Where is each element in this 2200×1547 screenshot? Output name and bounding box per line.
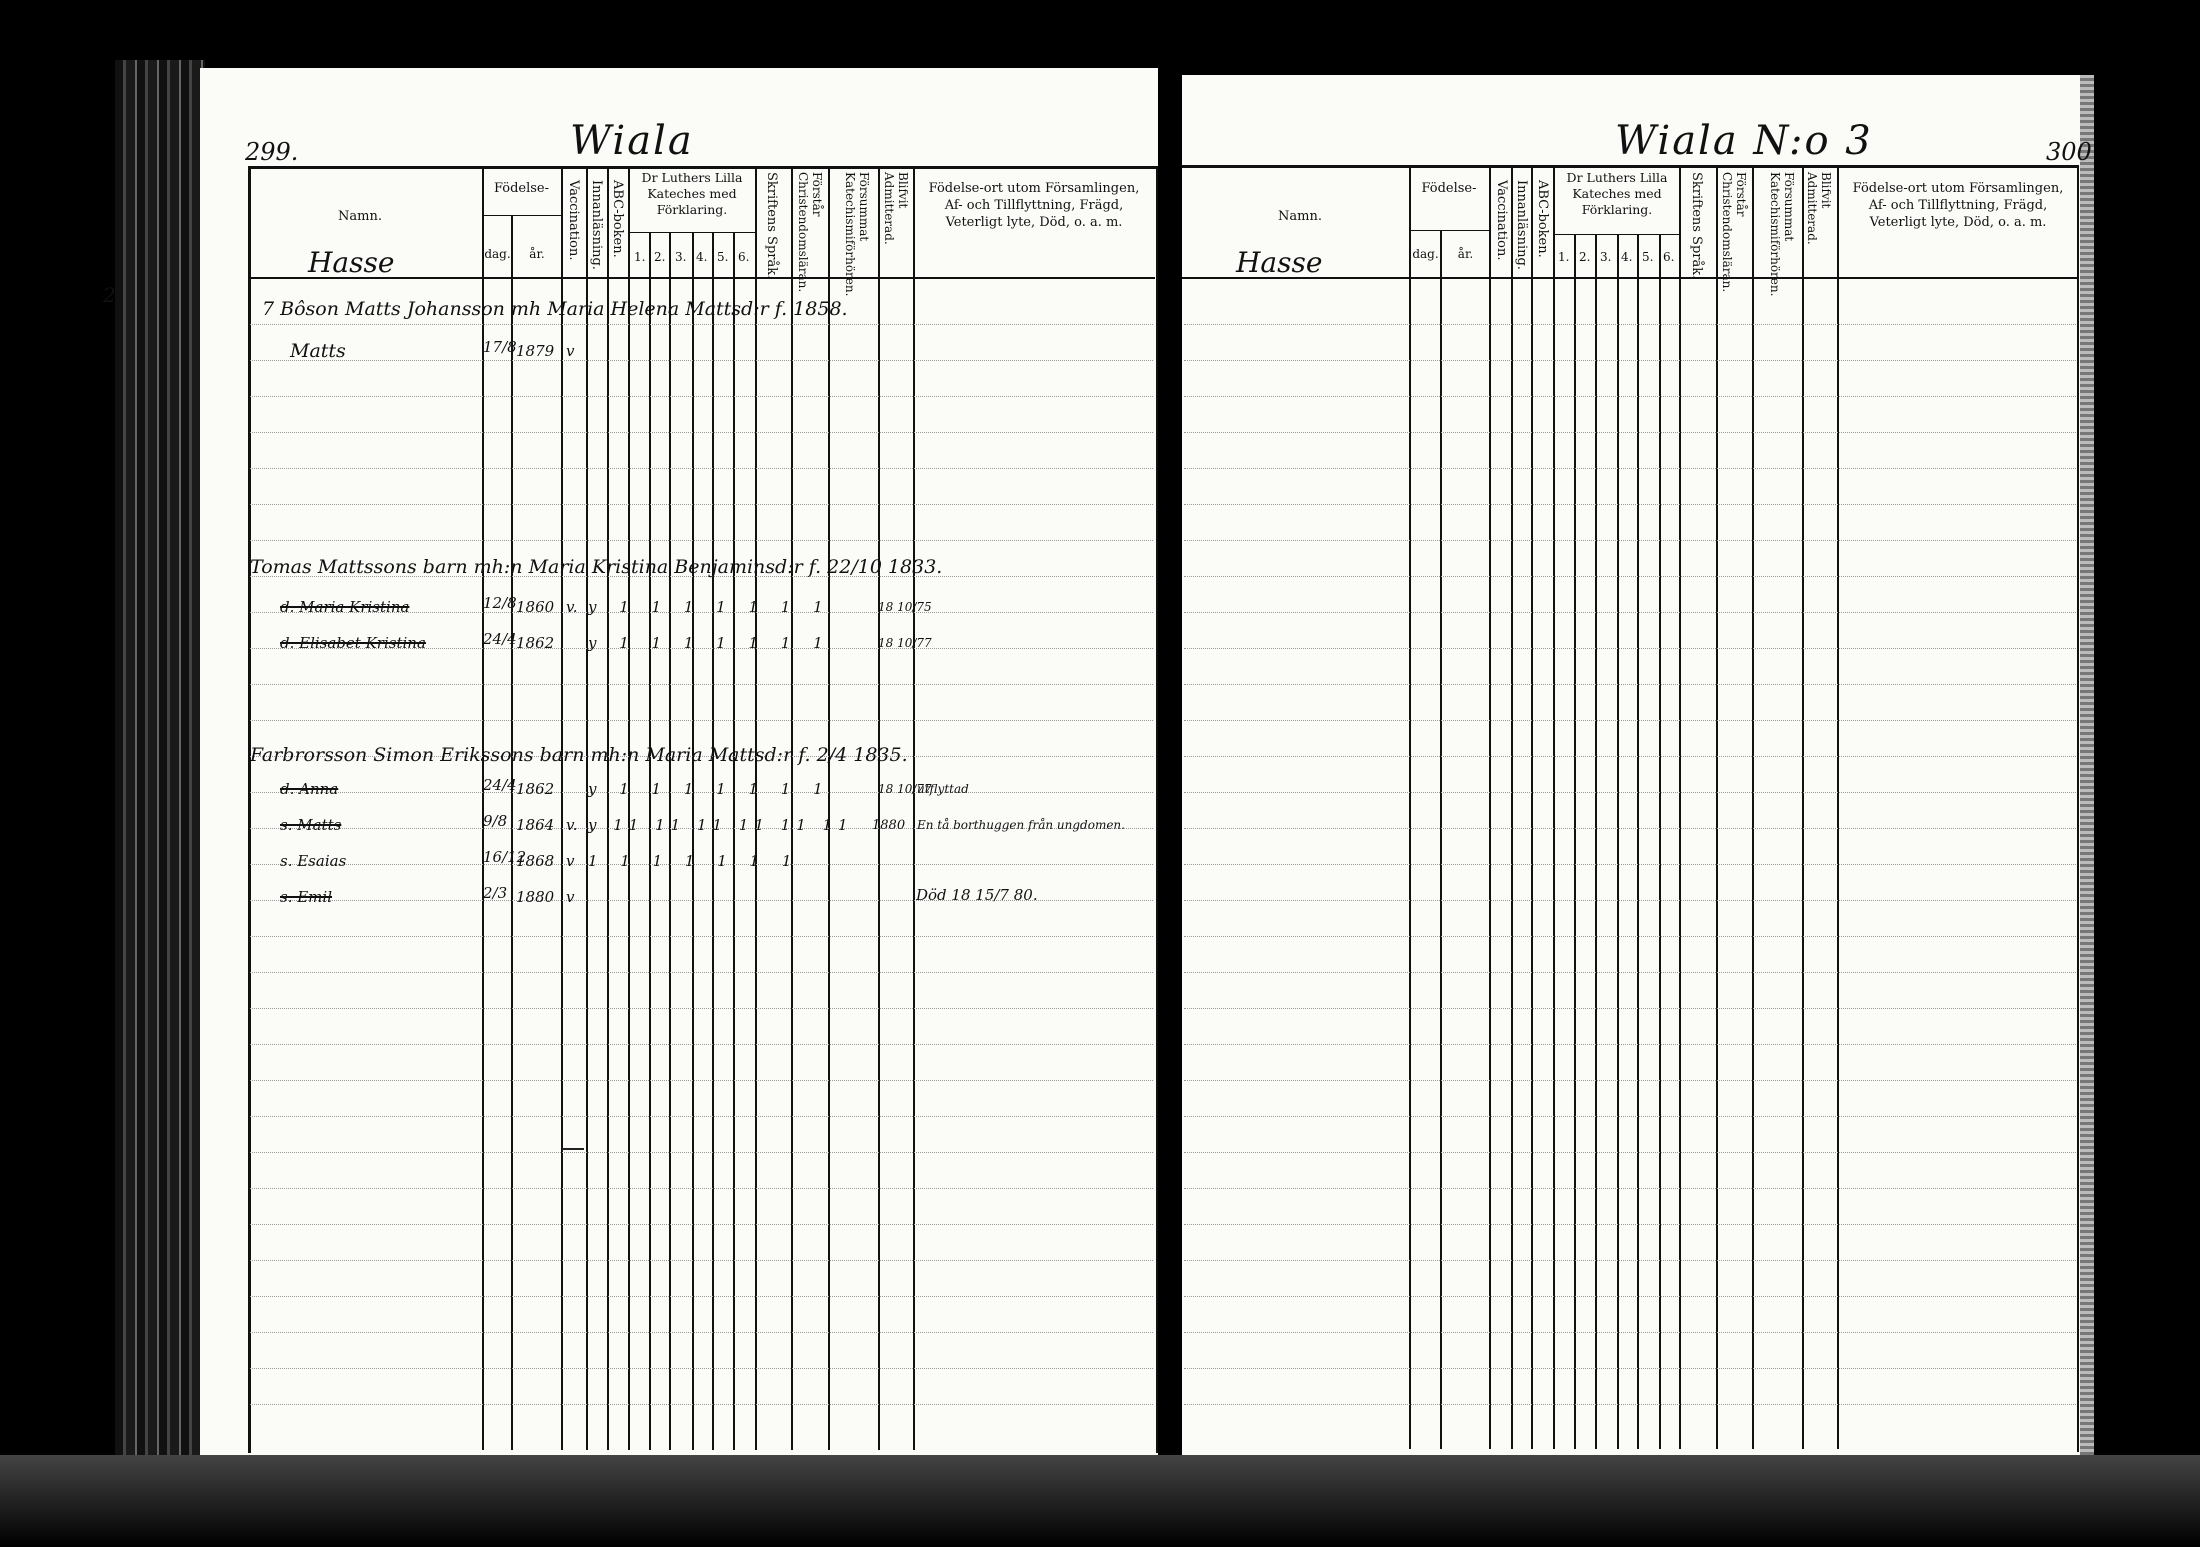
header-ar: år. xyxy=(1442,246,1489,263)
col-line xyxy=(1659,234,1661,1449)
col-line xyxy=(1409,166,1411,1449)
luther-col-5: 5. xyxy=(1642,250,1653,264)
member-dag: 24/4 xyxy=(483,630,517,648)
section-label-hasse: Hasse xyxy=(1236,246,1322,279)
member-marks: y 1 1 1 1 1 1 1 xyxy=(588,780,832,798)
header-ar: år. xyxy=(513,246,561,263)
col-line xyxy=(669,232,671,1450)
luther-col-3: 3. xyxy=(1600,250,1611,264)
header-vaccination: Vaccination. xyxy=(1494,180,1508,261)
col-line xyxy=(1553,166,1555,1449)
header-fodelse: Födelse- xyxy=(482,180,561,197)
member-vaccination: v xyxy=(566,888,574,906)
col-line xyxy=(1637,234,1639,1449)
col-line xyxy=(1837,166,1839,1449)
col-line xyxy=(1511,166,1513,1449)
member-dag: 2/3 xyxy=(483,884,507,902)
sub-rule xyxy=(1553,234,1679,235)
section-label-hasse: Hasse xyxy=(308,246,394,279)
scan-bottom-shadow xyxy=(0,1455,2200,1547)
member-vaccination: v. xyxy=(566,598,577,616)
member-vaccination: v. xyxy=(566,816,577,834)
member-dag: 24/4 xyxy=(483,776,517,794)
header-namn: Namn. xyxy=(1240,208,1360,225)
member-marks: 1 1 1 1 1 1 1 xyxy=(588,852,800,870)
header-forsummat: Försummat Katechismiförhören. xyxy=(1758,172,1796,272)
right-folio-number: 300 xyxy=(2046,138,2092,166)
left-folio-number: 299. xyxy=(245,138,298,166)
header-dag: dag. xyxy=(484,246,511,263)
member-admitterad: 18 10/77 xyxy=(878,636,932,650)
member-name: d. Elisabet Kristina xyxy=(280,634,426,652)
header-abc-boken: ABC-boken. xyxy=(1535,180,1549,258)
member-vaccination: v xyxy=(566,852,574,870)
col-line xyxy=(1716,166,1718,1449)
member-marks: y 11 11 11 11 11 11 xyxy=(588,816,854,834)
member-name: d. Anna xyxy=(280,780,338,798)
col-line xyxy=(1489,166,1491,1449)
col-line xyxy=(1574,234,1576,1449)
book-gutter xyxy=(1158,40,1182,1520)
sub-rule xyxy=(628,232,755,233)
header-forstar: Förstår Christendomsläran. xyxy=(1720,172,1748,272)
left-parish-heading: Wiala xyxy=(570,118,694,164)
sub-rule xyxy=(482,215,561,216)
member-admitterad: 1880 xyxy=(872,818,905,833)
member-ar: 1880 xyxy=(516,888,554,906)
member-dag: 12/8 xyxy=(483,594,517,612)
luther-col-2: 2. xyxy=(1579,250,1590,264)
col-line xyxy=(649,232,651,1450)
col-line xyxy=(692,232,694,1450)
member-ar: 1862 xyxy=(516,634,554,652)
member-marks: y 1 1 1 1 1 1 1 xyxy=(588,634,832,652)
ink-mark xyxy=(562,1148,584,1150)
right-register-table xyxy=(1182,165,2079,1452)
header-namn: Namn. xyxy=(300,208,420,225)
book-edge-right xyxy=(2080,75,2094,1475)
member-admitterad: 18 10/75 xyxy=(878,600,932,614)
col-line xyxy=(1440,230,1442,1449)
luther-col-2: 2. xyxy=(654,250,665,264)
header-blifvit-admitterad: Blifvit Admitterad. xyxy=(884,172,910,272)
member-name: s. Emil xyxy=(280,888,332,906)
header-vaccination: Vaccination. xyxy=(566,180,580,261)
member-ar: 1862 xyxy=(516,780,554,798)
household-line: Farbrorsson Simon Erikssons barn mh:n Ma… xyxy=(250,744,908,766)
col-line xyxy=(511,215,513,1450)
household-line: 7 Bôson Matts Johansson mh Maria Helena … xyxy=(262,298,848,320)
header-forstar: Förstår Christendomsläran. xyxy=(796,172,824,272)
member-notes: Död 18 15/7 80. xyxy=(916,886,1038,904)
member-notes: utflyttad xyxy=(917,782,969,796)
header-luther: Dr Luthers Lilla Kateches med Förklaring… xyxy=(630,170,754,218)
col-line xyxy=(1802,166,1804,1449)
member-ar: 1864 xyxy=(516,816,554,834)
member-name: Matts xyxy=(290,340,346,362)
col-line xyxy=(1679,166,1681,1449)
header-skriftens-sprak: Skriftens Språk. xyxy=(764,172,778,279)
member-ar: 1868 xyxy=(516,852,554,870)
member-ar: 1860 xyxy=(516,598,554,616)
header-forsummat: Försummat Katechismiförhören. xyxy=(835,172,871,272)
header-luther: Dr Luthers Lilla Kateches med Förklaring… xyxy=(1555,170,1679,218)
member-name: s. Matts xyxy=(280,816,341,834)
col-line xyxy=(1617,234,1619,1449)
header-fodelseort: Födelse-ort utom Församlingen, Af- och T… xyxy=(918,180,1150,231)
col-line xyxy=(1752,166,1754,1449)
luther-col-1: 1. xyxy=(634,250,645,264)
col-line xyxy=(1531,166,1533,1449)
member-notes: En tå borthuggen från ungdomen. xyxy=(917,818,1125,832)
left-margin-note: 2. xyxy=(103,283,122,307)
luther-col-3: 3. xyxy=(675,250,686,264)
header-dag: dag. xyxy=(1411,246,1440,263)
member-ar: 1879 xyxy=(516,342,554,360)
header-innanlasning: Innanläsning. xyxy=(1514,180,1528,270)
member-marks: y 1 1 1 1 1 1 1 xyxy=(588,598,832,616)
luther-col-6: 6. xyxy=(738,250,749,264)
member-vaccination: v xyxy=(566,342,574,360)
member-dag: 9/8 xyxy=(483,812,507,830)
col-line xyxy=(712,232,714,1450)
luther-col-6: 6. xyxy=(1663,250,1674,264)
header-fodelse: Födelse- xyxy=(1409,180,1489,197)
household-line: Tomas Mattssons barn mh:n Maria Kristina… xyxy=(250,556,942,578)
member-name: s. Esaias xyxy=(280,852,346,870)
book-binding-left xyxy=(115,60,205,1500)
col-line xyxy=(733,232,735,1450)
header-innanlasning: Innanläsning. xyxy=(589,180,603,270)
col-line xyxy=(1595,234,1597,1449)
header-blifvit-admitterad: Blifvit Admitterad. xyxy=(1807,172,1833,272)
sub-rule xyxy=(1409,230,1489,231)
luther-col-5: 5. xyxy=(717,250,728,264)
luther-col-1: 1. xyxy=(1558,250,1569,264)
luther-col-4: 4. xyxy=(1621,250,1632,264)
right-parish-heading: Wiala N:o 3 xyxy=(1615,118,1873,164)
header-skriftens-sprak: Skriftens Språk. xyxy=(1689,172,1703,279)
member-name: d. Maria Kristina xyxy=(280,598,409,616)
member-dag: 17/8 xyxy=(483,338,517,356)
header-fodelseort: Födelse-ort utom Församlingen, Af- och T… xyxy=(1842,180,2074,231)
header-abc-boken: ABC-boken. xyxy=(610,180,624,258)
luther-col-4: 4. xyxy=(696,250,707,264)
